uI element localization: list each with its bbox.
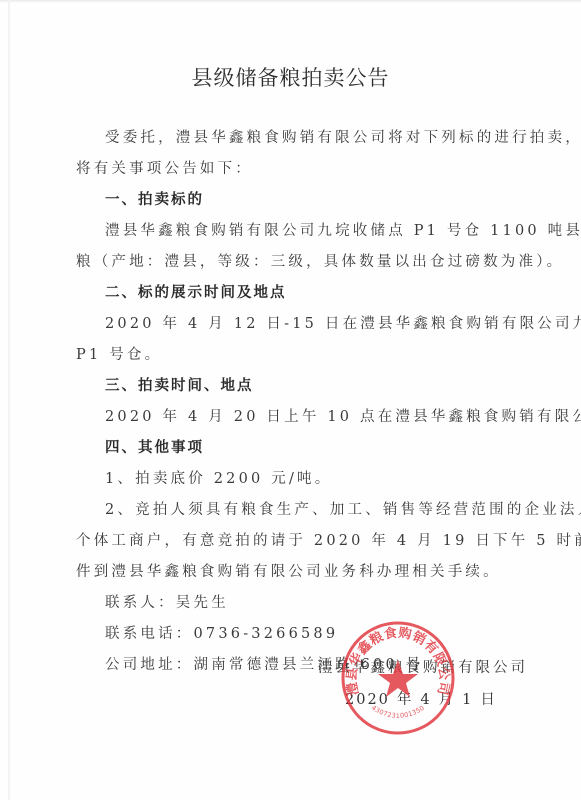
date-year-unit: 年 xyxy=(397,692,414,708)
date-day-unit: 日 xyxy=(480,692,497,708)
document-page: 县级储备粮拍卖公告 受委托，澧县华鑫粮食购销有限公司将对下列标的进行拍卖，现 将… xyxy=(0,0,581,800)
section-3-line-1: 2020 年 4 月 20 日上午 10 点在澧县华鑫粮食购销有限公司会议室。 xyxy=(105,407,581,427)
contact-phone: 联系电话：0736-3266589 xyxy=(105,624,338,644)
company-seal-icon: 澧县华鑫粮食购销有限公司 4307231001350 xyxy=(340,620,456,736)
section-2-heading: 二、标的展示时间及地点 xyxy=(105,283,287,303)
section-4-line-2: 2、竞拍人须具有粮食生产、加工、销售等经营范围的企业法人或 xyxy=(105,500,581,520)
date-year: 2020 xyxy=(345,692,390,708)
section-1-line-1: 澧县华鑫粮食购销有限公司九垸收储点 P1 号仓 1100 吨县级储备 xyxy=(105,221,581,241)
intro-line-2: 将有关事项公告如下： xyxy=(76,159,253,179)
section-4-line-3: 个体工商户，有意竞拍的请于 2020 年 4 月 19 日下午 5 时前持有效证 xyxy=(76,531,581,551)
section-3-heading: 三、拍卖时间、地点 xyxy=(105,376,254,396)
date-month: 4 xyxy=(420,692,431,708)
document-title: 县级储备粮拍卖公告 xyxy=(0,62,581,92)
signature-date: 2020年4月1日 xyxy=(345,688,504,709)
section-4-line-1: 1、拍卖底价 2200 元/吨。 xyxy=(105,469,332,489)
date-day: 1 xyxy=(462,692,473,708)
signature-company: 澧县华鑫粮食购销有限公司 xyxy=(318,656,528,677)
section-4-line-4: 件到澧县华鑫粮食购销有限公司业务科办理相关手续。 xyxy=(76,562,501,582)
section-2-line-2: P1 号仓。 xyxy=(76,345,162,365)
section-4-heading: 四、其他事项 xyxy=(105,438,204,458)
date-month-unit: 月 xyxy=(439,692,456,708)
contact-person: 联系人：吴先生 xyxy=(105,593,229,613)
section-2-line-1: 2020 年 4 月 12 日-15 日在澧县华鑫粮食购销有限公司九垸收储点 xyxy=(105,314,581,334)
intro-line-1: 受委托，澧县华鑫粮食购销有限公司将对下列标的进行拍卖，现 xyxy=(105,128,581,148)
section-1-line-2: 粮（产地：澧县，等级：三级，具体数量以出仓过磅数为准）。 xyxy=(76,252,564,272)
section-1-heading: 一、拍卖标的 xyxy=(105,190,204,210)
